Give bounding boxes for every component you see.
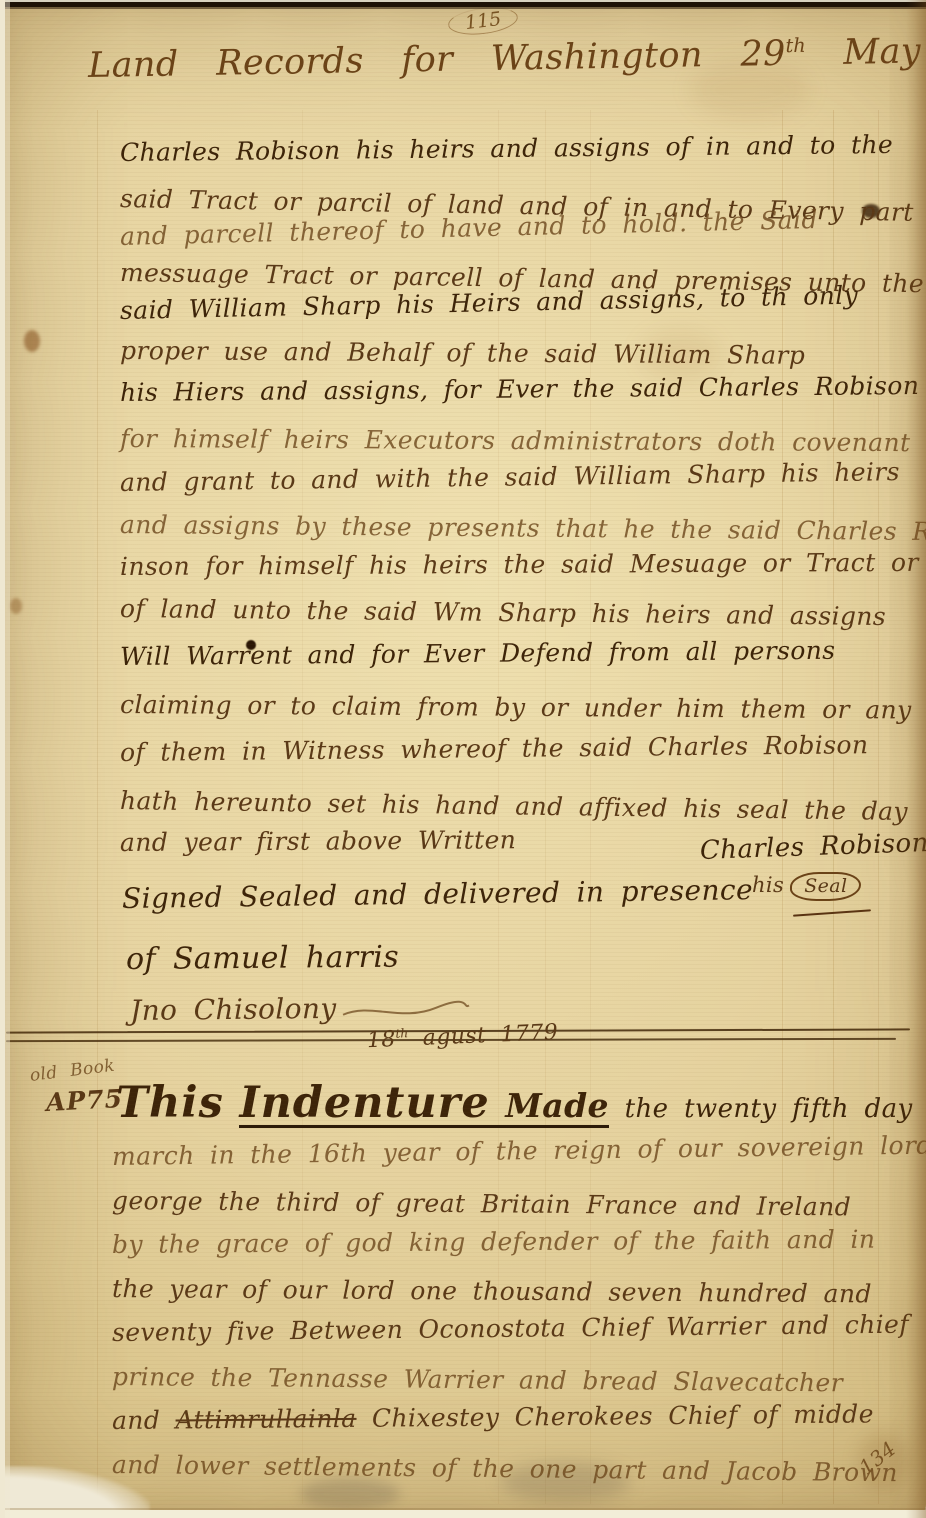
seal-annotation: hisSeal [752,872,861,901]
indenture-opening-line: This Indenture Made the twenty fifth day… [116,1078,926,1128]
line-text: and [112,1405,176,1435]
scan-edge-top [0,0,926,14]
margin-note-line2: AP75 [45,1084,123,1117]
manuscript-line: the year of our lord one thousand seven … [112,1274,872,1308]
manuscript-line: by the grace of god king defender of the… [112,1225,875,1259]
line-text: Chixestey Cherokees Chief of midde [356,1399,874,1433]
scan-edge-left [0,0,16,1518]
manuscript-line: for himself heirs Executors administrato… [120,424,911,457]
opening-word-made: Made [505,1086,609,1125]
manuscript-line: inson for himself his heirs the said Mes… [120,547,926,581]
margin-rule [97,110,98,1504]
seal-cartouche: Seal [790,872,861,901]
pen-flourish-icon [340,999,470,1020]
witness-name-text: Jno Chisolony [130,992,337,1027]
witness-signature: Jno Chisolony [130,990,471,1027]
seal-his-text: his [752,873,784,897]
manuscript-line: proper use and Behalf of the said Willia… [120,336,805,370]
struck-word: Attimrullainla [175,1404,356,1435]
opening-word-this: This [116,1078,224,1128]
manuscript-scan: 115 Land Records for Washington 29th May… [0,0,926,1518]
entry-date-text: 18 [366,1027,396,1053]
opening-rest-text: the twenty fifth day of [625,1094,926,1124]
scan-edge-bottom [0,1504,926,1518]
foxing-spot [24,330,40,352]
scan-edge-right [906,0,926,1518]
opening-word-indenture: Indenture [239,1078,489,1128]
entry-date-superscript: th [395,1026,408,1041]
witness-signature: of Samuel harris [126,940,399,977]
page-title-superscript: th [785,34,806,57]
manuscript-line: claiming or to claim from by or under hi… [120,690,912,725]
manuscript-line: and year first above Written [120,825,516,857]
